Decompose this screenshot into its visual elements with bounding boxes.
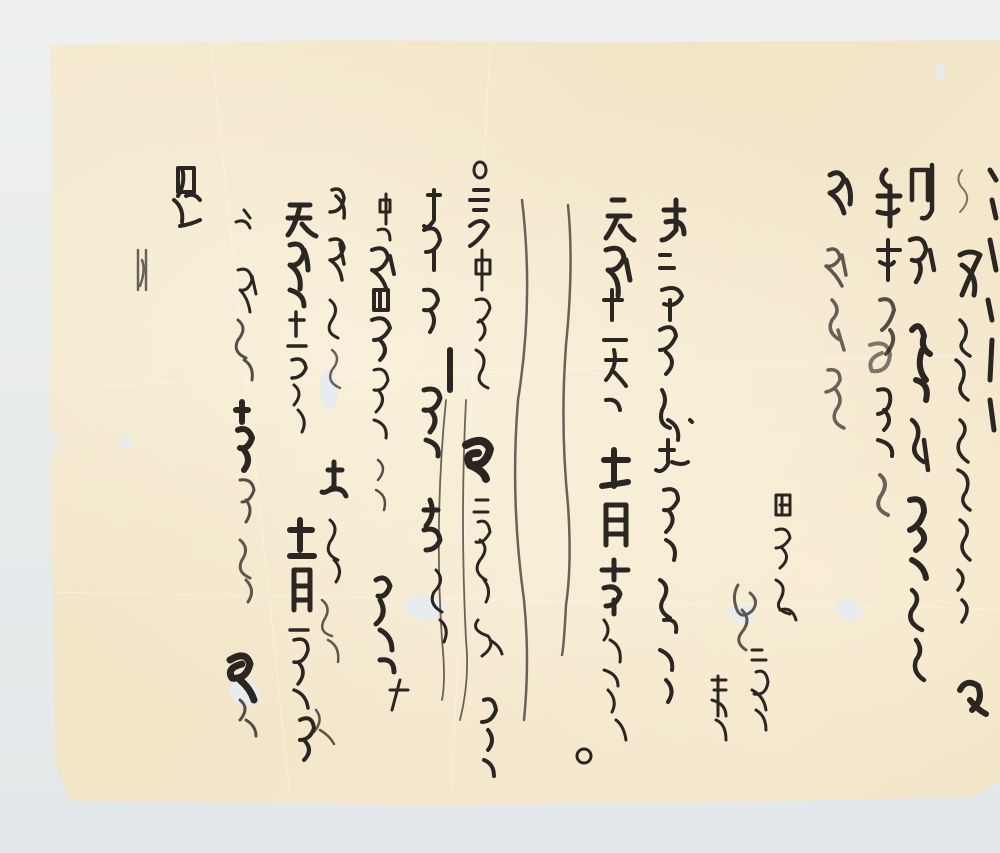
text-column (988, 170, 996, 430)
text-column (466, 162, 502, 776)
text-column (314, 189, 346, 744)
signature-block (712, 495, 796, 740)
text-column (870, 170, 900, 515)
text-column (372, 194, 408, 710)
date-column (288, 205, 316, 760)
text-column (230, 210, 256, 736)
text-column (956, 170, 986, 714)
text-column (656, 200, 692, 702)
handwritten-text (0, 0, 1000, 853)
date-column (577, 200, 634, 763)
text-column (424, 190, 450, 642)
closing-text (138, 168, 200, 290)
text-column (910, 165, 934, 680)
text-column (826, 173, 851, 428)
bracket-lines (439, 200, 571, 720)
